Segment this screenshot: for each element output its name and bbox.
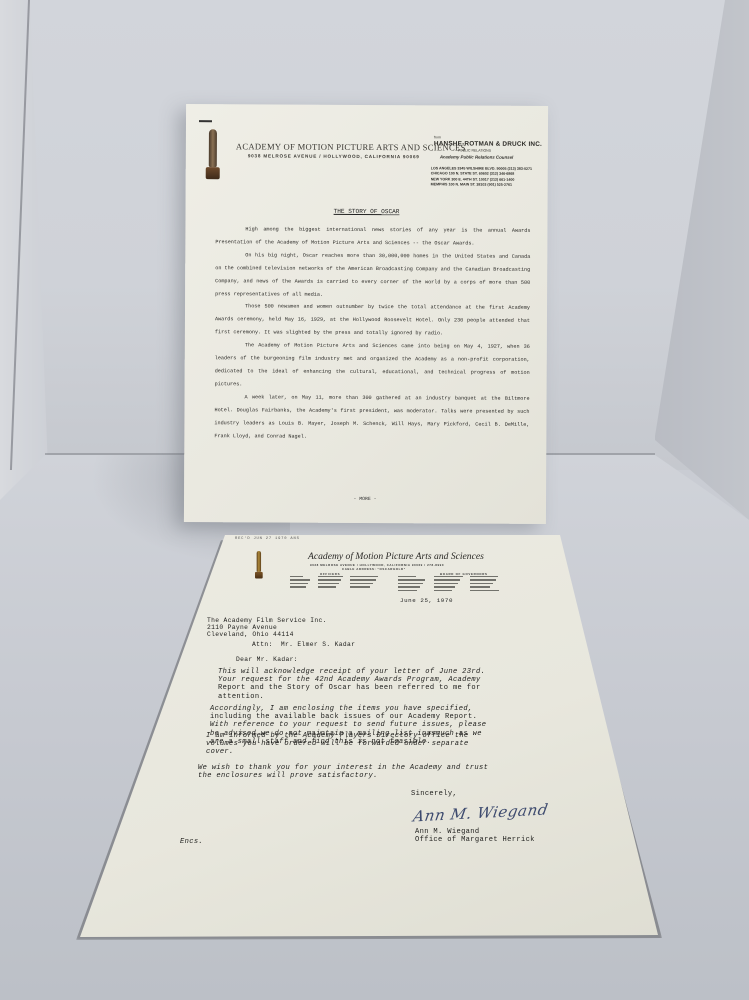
- body-paragraph: I am informed by the Academy Players Dir…: [206, 732, 469, 757]
- pr-agency-name: HANSHE-ROTMAN & DRUCK INC.: [434, 140, 544, 148]
- roster-entry: [398, 586, 420, 587]
- story-title: THE STORY OF OSCAR: [186, 207, 548, 216]
- roster-entry: [350, 579, 376, 580]
- story-paragraph: The Academy of Motion Picture Arts and S…: [215, 339, 530, 392]
- signer-name: Ann M. Wiegand: [415, 828, 480, 836]
- pr-agency-council: Academy Public Relations Counsel: [440, 154, 544, 160]
- salutation: Dear Mr. Kadar:: [236, 656, 298, 664]
- handwritten-signature: Ann M. Wiegand: [412, 801, 550, 826]
- story-body: High among the biggest international new…: [214, 223, 530, 444]
- roster-entry: [290, 586, 306, 587]
- roster-entry: [318, 583, 339, 584]
- oscar-statuette-icon: [206, 129, 220, 181]
- letterhead-organization: Academy of Motion Picture Arts and Scien…: [308, 551, 484, 562]
- roster-entry: [290, 579, 310, 580]
- story-paragraph: Those 500 newsmen and women outnumber by…: [215, 301, 530, 341]
- story-paragraph: On his big night, Oscar reaches more tha…: [215, 249, 530, 302]
- pr-agency-subtitle: PUBLIC RELATIONS: [458, 148, 544, 152]
- letterhead-organization: ACADEMY OF MOTION PICTURE ARTS AND SCIEN…: [236, 141, 466, 152]
- roster-entry: [318, 586, 336, 587]
- roster-entry: [318, 576, 343, 577]
- pr-office-list: LOS ANGELES 3345 WILSHIRE BLVD. 90005 (2…: [431, 166, 544, 188]
- story-paragraph: High among the biggest international new…: [215, 223, 530, 250]
- body-paragraph: This will acknowledge receipt of your le…: [218, 668, 485, 701]
- roster-entry: [290, 576, 303, 577]
- signer-title: Office of Margaret Herrick: [415, 836, 535, 844]
- letterhead-address: 9038 MELROSE AVENUE / HOLLYWOOD, CALIFOR…: [248, 153, 420, 159]
- roster-entry: [470, 576, 498, 577]
- story-paragraph: A week later, on May 11, more than 300 g…: [214, 391, 529, 444]
- roster-entry: [470, 583, 493, 584]
- body-paragraph: We wish to thank you for your interest i…: [198, 764, 488, 780]
- oscar-statuette-icon: [255, 551, 263, 580]
- roster-entry: [398, 583, 423, 584]
- roster-entry: [398, 590, 417, 591]
- roster-entry: [290, 583, 308, 584]
- roster-entry: [470, 579, 496, 580]
- roster-entry: [398, 579, 425, 580]
- roster-entry: [434, 583, 458, 584]
- pr-agency-block: from HANSHE-ROTMAN & DRUCK INC. PUBLIC R…: [434, 135, 544, 188]
- enclosure-note: Encs.: [180, 838, 203, 846]
- letter-date: June 25, 1970: [400, 597, 453, 604]
- board-roster: [398, 576, 500, 591]
- letterhead-cable: CABLE ADDRESS: "OSCARGOLD": [342, 567, 406, 571]
- pr-office: MEMPHIS 100 N. MAIN ST. 38103 (901) 525-…: [431, 183, 544, 189]
- roster-entry: [350, 586, 370, 587]
- closing: Sincerely,: [411, 790, 457, 798]
- roster-entry: [350, 576, 378, 577]
- officers-roster: [290, 576, 380, 588]
- roster-entry: [470, 586, 490, 587]
- recipient-line: Cleveland, Ohio 44114: [207, 631, 294, 638]
- recipient-line: The Academy Film Service Inc.: [207, 617, 327, 624]
- press-release-sheet: ACADEMY OF MOTION PICTURE ARTS AND SCIEN…: [184, 104, 548, 524]
- recipient-address: The Academy Film Service Inc. 2110 Payne…: [207, 617, 327, 638]
- roster-entry: [470, 590, 499, 591]
- attention-line: Attn: Mr. Elmer S. Kadar: [252, 641, 355, 649]
- signer-block: Ann M. Wiegand Office of Margaret Herric…: [415, 828, 535, 844]
- continuation-marker: - MORE -: [184, 496, 546, 503]
- roster-entry: [434, 586, 455, 587]
- roster-entry: [350, 583, 373, 584]
- roster-entry: [318, 579, 341, 580]
- roster-entry: [434, 576, 463, 577]
- roster-entry: [434, 590, 452, 591]
- roster-entry: [398, 576, 416, 577]
- horizontal-rule-icon: [199, 120, 212, 122]
- roster-entry: [434, 579, 460, 580]
- recipient-line: 2110 Payne Avenue: [207, 624, 277, 631]
- pr-from-label: from: [434, 135, 544, 140]
- received-stamp: REC'D JUN 27 1970 ANS: [235, 537, 300, 541]
